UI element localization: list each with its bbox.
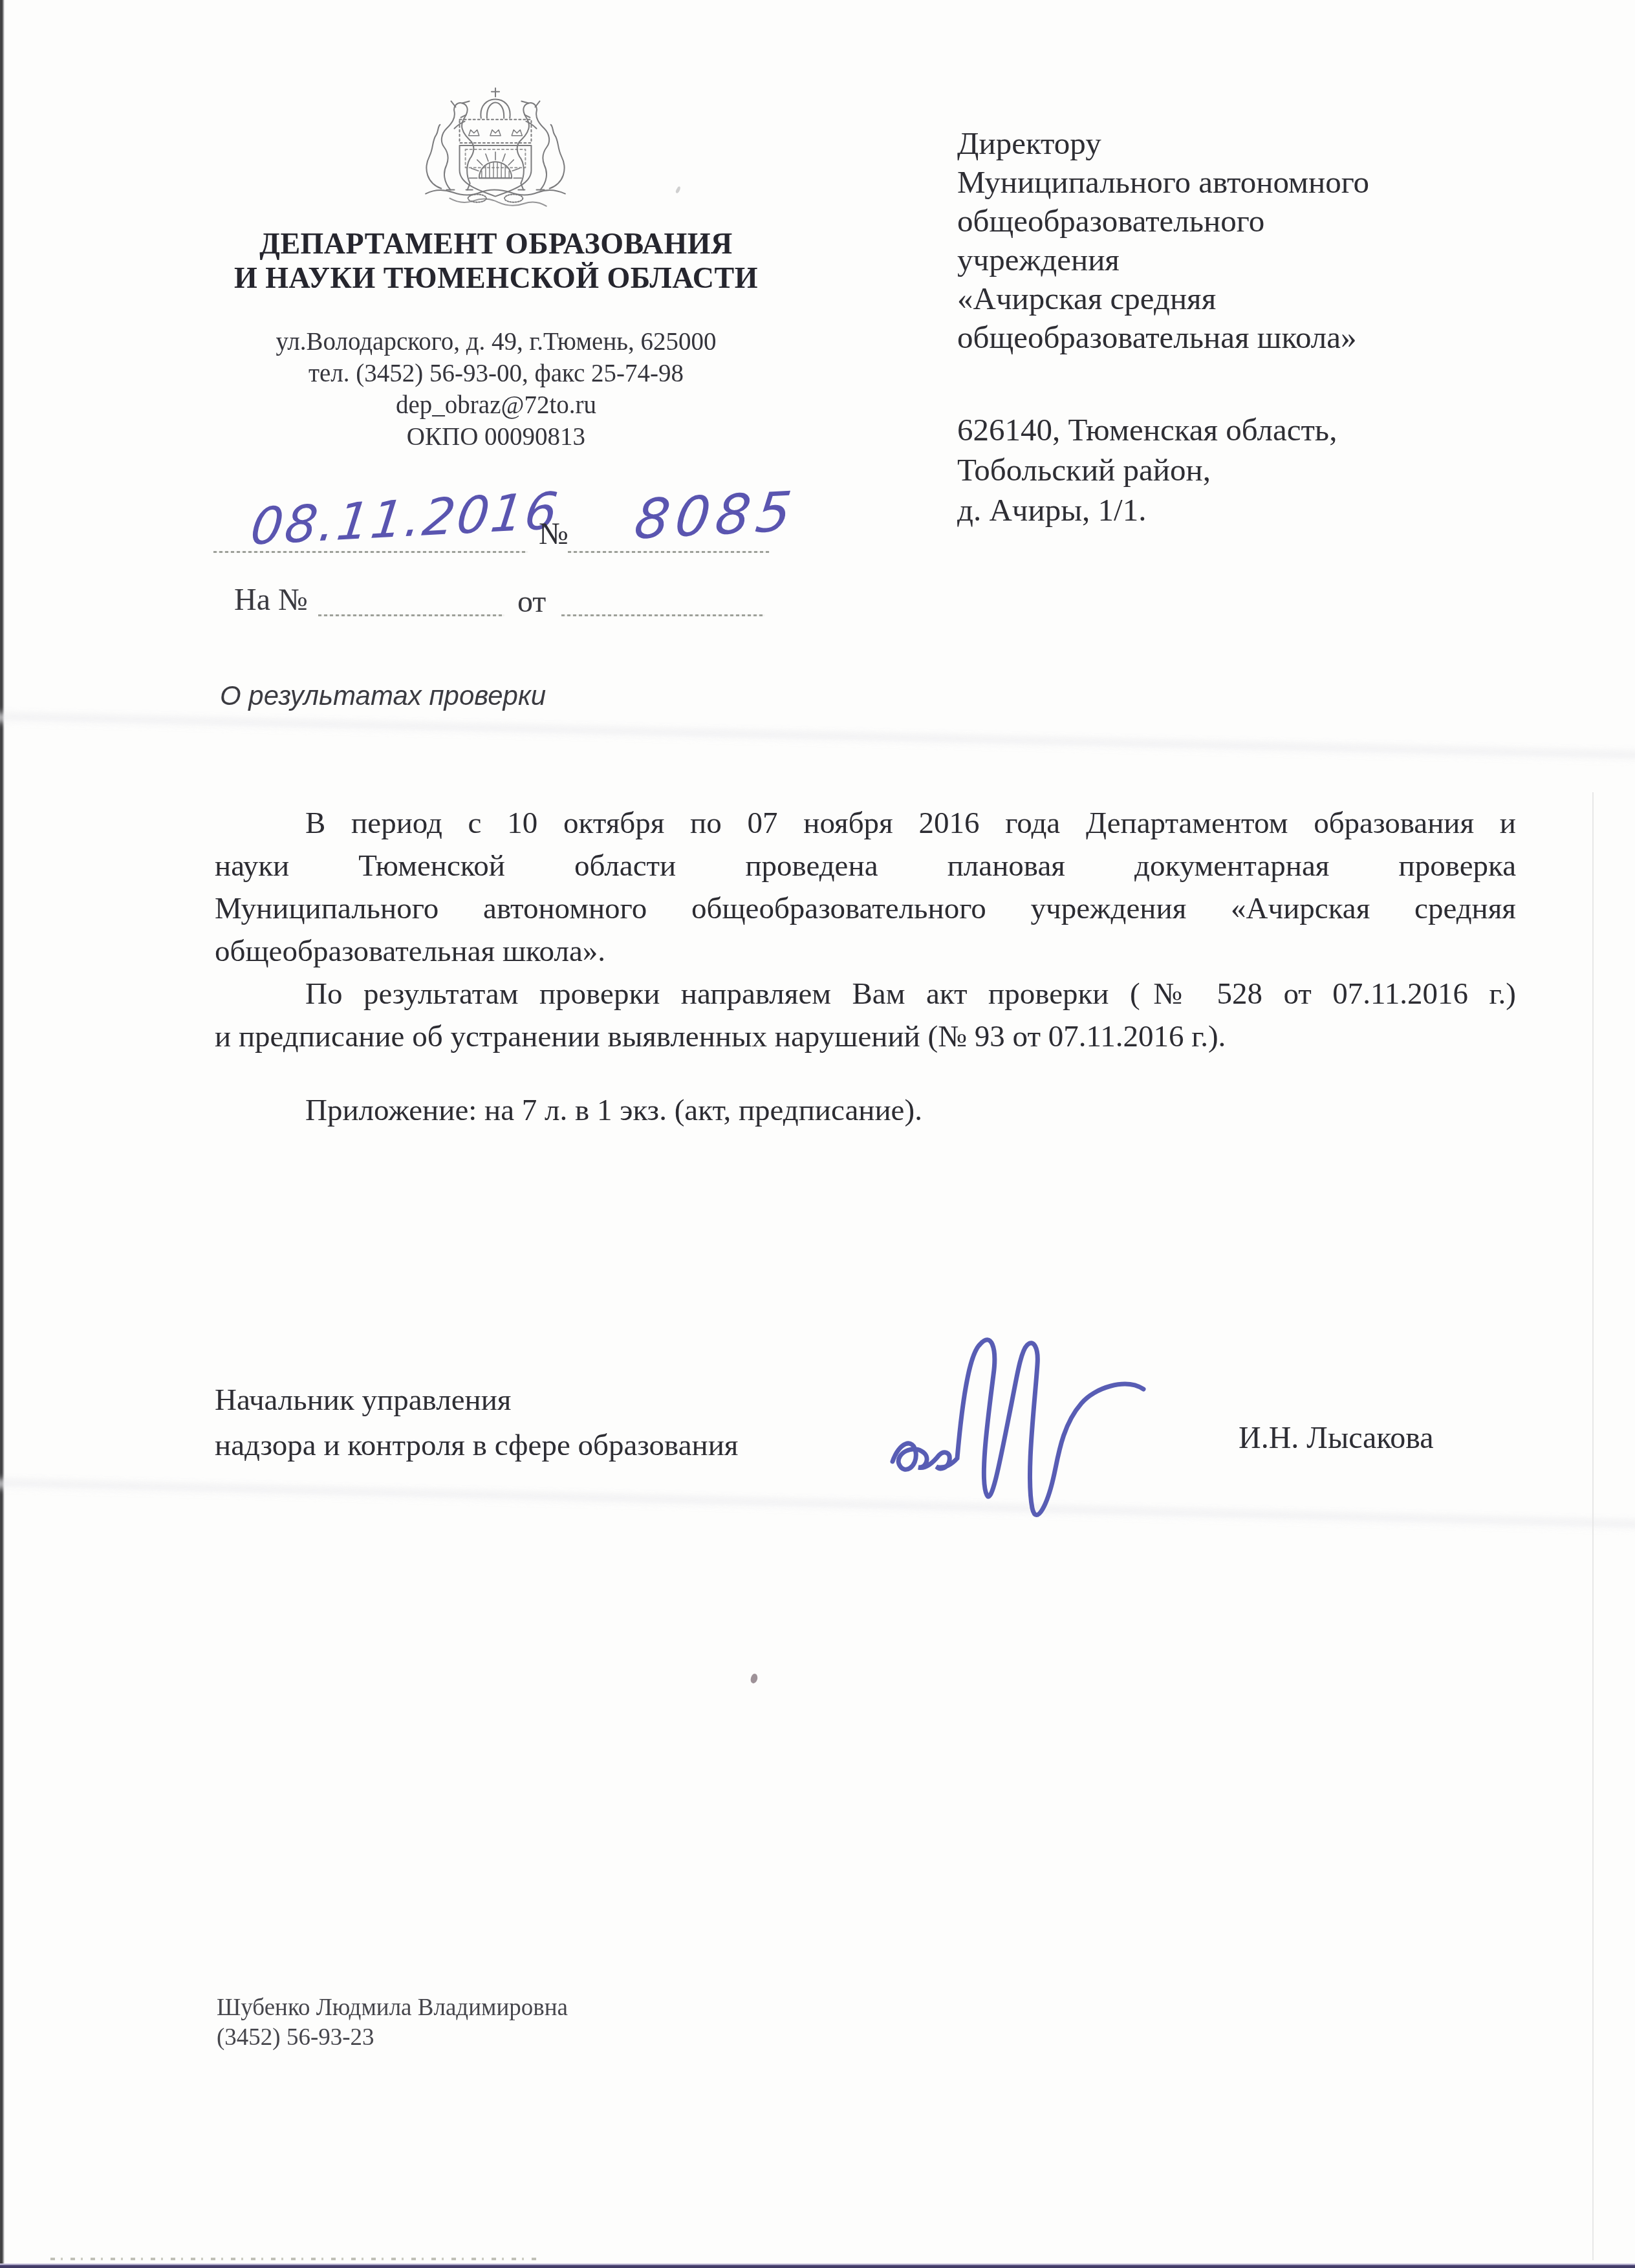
recipient-line: «Ачирская средняя: [957, 279, 1475, 318]
scan-edge-left: [0, 0, 5, 2268]
recipient-line: Директору: [957, 124, 1475, 163]
body-p1-line: Муниципального автономного общеобразоват…: [215, 887, 1516, 930]
body-p1-line: науки Тюменской области проведена планов…: [215, 845, 1516, 887]
executor-phone: (3452) 56-93-23: [217, 2023, 568, 2053]
signer-name: И.Н. Лысакова: [1239, 1420, 1434, 1456]
scan-edge-bottom: [0, 2263, 1635, 2268]
attachment-line: Приложение: на 7 л. в 1 экз. (акт, предп…: [215, 1089, 1516, 1132]
letterhead-okpo: ОКПО 00090813: [180, 421, 812, 453]
reply-ref-from: от: [517, 584, 546, 620]
signer-position: Начальник управления надзора и контроля …: [215, 1377, 926, 1468]
date-underline: [213, 551, 528, 553]
body-p1-line: В период с 10 октября по 07 ноября 2016 …: [215, 802, 1516, 845]
org-name-line1: ДЕПАРТАМЕНТ ОБРАЗОВАНИЯ: [180, 226, 812, 261]
paper-fold-crease-bottom: [0, 1476, 1635, 1533]
letter-body: В период с 10 октября по 07 ноября 2016 …: [215, 802, 1516, 1132]
org-name-line2: И НАУКИ ТЮМЕНСКОЙ ОБЛАСТИ: [180, 261, 812, 295]
recipient-block: Директору Муниципального автономного общ…: [957, 124, 1475, 357]
letterhead-email: dep_obraz@72to.ru: [180, 389, 812, 421]
recipient-line: Муниципального автономного: [957, 163, 1475, 202]
reply-ref-prefix: На №: [234, 582, 308, 618]
reply-number-underline: [318, 614, 504, 616]
recipient-line: общеобразовательного: [957, 202, 1475, 241]
recipient-address-block: 626140, Тюменская область, Тобольский ра…: [957, 410, 1475, 530]
recipient-line: общеобразовательная школа»: [957, 318, 1475, 357]
signer-position-line1: Начальник управления: [215, 1377, 926, 1423]
ink-speck: [750, 1673, 759, 1684]
signer-position-line2: надзора и контроля в сфере образования: [215, 1423, 926, 1468]
org-name: ДЕПАРТАМЕНТ ОБРАЗОВАНИЯ И НАУКИ ТЮМЕНСКО…: [180, 226, 812, 295]
recipient-address-line: 626140, Тюменская область,: [957, 410, 1475, 450]
paper-fold-crease-top: [0, 709, 1635, 763]
subject-line: О результатах проверки: [220, 680, 546, 711]
letterhead-address: ул.Володарского, д. 49, г.Тюмень, 625000…: [180, 326, 812, 453]
executor-contact: Шубенко Людмила Владимировна (3452) 56-9…: [217, 1993, 568, 2053]
body-p2-line: По результатам проверки направляем Вам а…: [215, 973, 1516, 1015]
number-sign: №: [539, 516, 568, 552]
scan-edge-right: [1592, 792, 1594, 2260]
letterhead-address-line: тел. (3452) 56-93-00, факс 25-74-98: [180, 358, 812, 389]
handwritten-date: 08.11.2016: [248, 482, 563, 557]
number-underline: [568, 551, 770, 553]
letterhead-address-line: ул.Володарского, д. 49, г.Тюмень, 625000: [180, 326, 812, 358]
scan-bottom-speckle: [50, 2258, 542, 2260]
reply-date-underline: [561, 614, 764, 616]
recipient-address-line: д. Ачиры, 1/1.: [957, 490, 1475, 530]
body-p2-line: и предписание об устранении выявленных н…: [215, 1015, 1516, 1058]
handwritten-outgoing-number: 8085: [631, 479, 801, 552]
body-p1-line: общеобразовательная школа».: [215, 930, 1516, 973]
tyumen-coat-of-arms-icon: [414, 85, 577, 210]
recipient-address-line: Тобольский район,: [957, 450, 1475, 490]
faint-speck: [675, 186, 682, 193]
recipient-line: учреждения: [957, 241, 1475, 279]
executor-name: Шубенко Людмила Владимировна: [217, 1993, 568, 2023]
handwritten-signature: [854, 1326, 1177, 1549]
scanned-letter-page: ДЕПАРТАМЕНТ ОБРАЗОВАНИЯ И НАУКИ ТЮМЕНСКО…: [0, 0, 1635, 2268]
